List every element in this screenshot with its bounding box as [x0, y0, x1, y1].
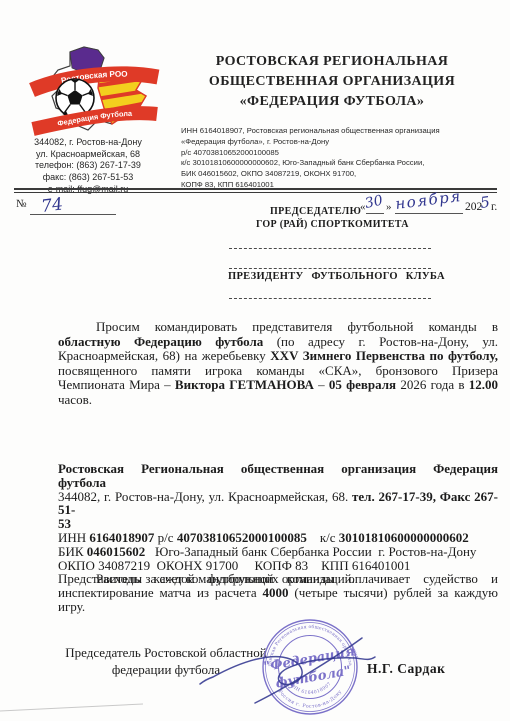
date-year-printed: 202 [465, 201, 482, 213]
text-line: к/с 30101810600000000602, Юго-Западный б… [181, 158, 503, 169]
svg-text:Россия г. Ростов-на-Дону: Россия г. Ростов-на-Дону [277, 689, 344, 710]
requisites-block: Ростовская Региональная общественная орг… [58, 462, 498, 586]
fill-in-line [229, 248, 431, 249]
date-month-blank [395, 213, 463, 214]
stamp-inn-text: ИНН 6164018907 [287, 681, 332, 696]
date-year-suffix: г. [491, 201, 497, 213]
signer-name: Н.Г. Сардак [367, 661, 445, 677]
stamp-ogrn-text: ОГРН [348, 645, 359, 660]
requisites-line: БИК 046015602 Юго-Западный банк Сбербанк… [58, 545, 498, 559]
fill-in-line [229, 298, 431, 299]
text-line: телефон: (863) 267-17-39 [8, 160, 168, 172]
payment-paragraph: Представитель каждой футбольной команды … [58, 572, 498, 614]
text-line: 344082, г. Ростов-на-Дону [8, 137, 168, 149]
text-line: РОСТОВСКАЯ РЕГИОНАЛЬНАЯ [158, 52, 506, 72]
date-quote-close: » [386, 201, 392, 213]
stamp-center-line2: футбола" [275, 664, 352, 692]
text-line: «ФЕДЕРАЦИЯ ФУТБОЛА» [158, 92, 506, 112]
requisites-line: ИНН 6164018907 р/с 40703810652000100085 … [58, 531, 498, 545]
organization-requisites-header: ИНН 6164018907, Ростовская региональная … [181, 126, 503, 191]
signer-title-line2: федерации футбола [64, 662, 268, 679]
stamp-ring-bottom-text: Россия г. Ростов-на-Дону [277, 689, 344, 710]
text-line: р/с 40703810652000100085 [181, 148, 503, 159]
date-day-blank [366, 213, 384, 214]
organization-title: РОСТОВСКАЯ РЕГИОНАЛЬНАЯОБЩЕСТВЕННАЯ ОРГА… [158, 52, 506, 112]
addressee-sportcommittee: ГОР (РАЙ) СПОРТКОМИТЕТА [256, 219, 409, 230]
addressee-club-president: ПРЕЗИДЕНТУ ФУТБОЛЬНОГО КЛУБА [228, 271, 445, 282]
text-line: ул. Красноармейская, 68 [8, 149, 168, 161]
letterhead-divider [14, 188, 497, 193]
scan-artifact-line [0, 704, 143, 711]
text-line: БИК 046015602, ОКПО 34087219, ОКОНХ 9170… [181, 169, 503, 180]
letterhead-address: 344082, г. Ростов-на-Донуул. Красноармей… [8, 137, 168, 196]
federation-logo: Ростовская РОО Федерация Футбола [28, 44, 162, 142]
text-line: ОБЩЕСТВЕННАЯ ОРГАНИЗАЦИЯ [158, 72, 506, 92]
svg-text:ИНН 6164018907: ИНН 6164018907 [287, 681, 332, 696]
signer-title-line1: Председатель Ростовской областной [64, 645, 268, 662]
text-line: «Федерация футбола», г. Ростов-на-Дону [181, 137, 503, 148]
signer-title: Председатель Ростовской областной федера… [64, 645, 268, 678]
number-blank-line [30, 214, 116, 215]
stamp-center-line1: "Федерация [263, 644, 357, 675]
ribbon-bottom: Федерация Футбола [33, 109, 157, 129]
requisites-line: футбола [58, 476, 498, 490]
addressee-chairman: ПРЕДСЕДАТЕЛЮ [270, 206, 361, 217]
number-label: № [16, 198, 27, 210]
scanned-letter-page: Ростовская РОО Федерация Футбола [0, 0, 510, 721]
requisites-line: Ростовская Региональная общественная орг… [58, 462, 498, 476]
text-line: факс: (863) 267-51-53 [8, 172, 168, 184]
requisites-line: 53 [58, 517, 498, 531]
text-line: ИНН 6164018907, Ростовская региональная … [181, 126, 503, 137]
main-paragraph: Просим командировать представителя футбо… [58, 320, 498, 408]
requisites-line: 344082, г. Ростов-на-Дону, ул. Красноарм… [58, 490, 498, 518]
fill-in-line [229, 268, 431, 269]
handwritten-day: 30 [364, 193, 385, 212]
